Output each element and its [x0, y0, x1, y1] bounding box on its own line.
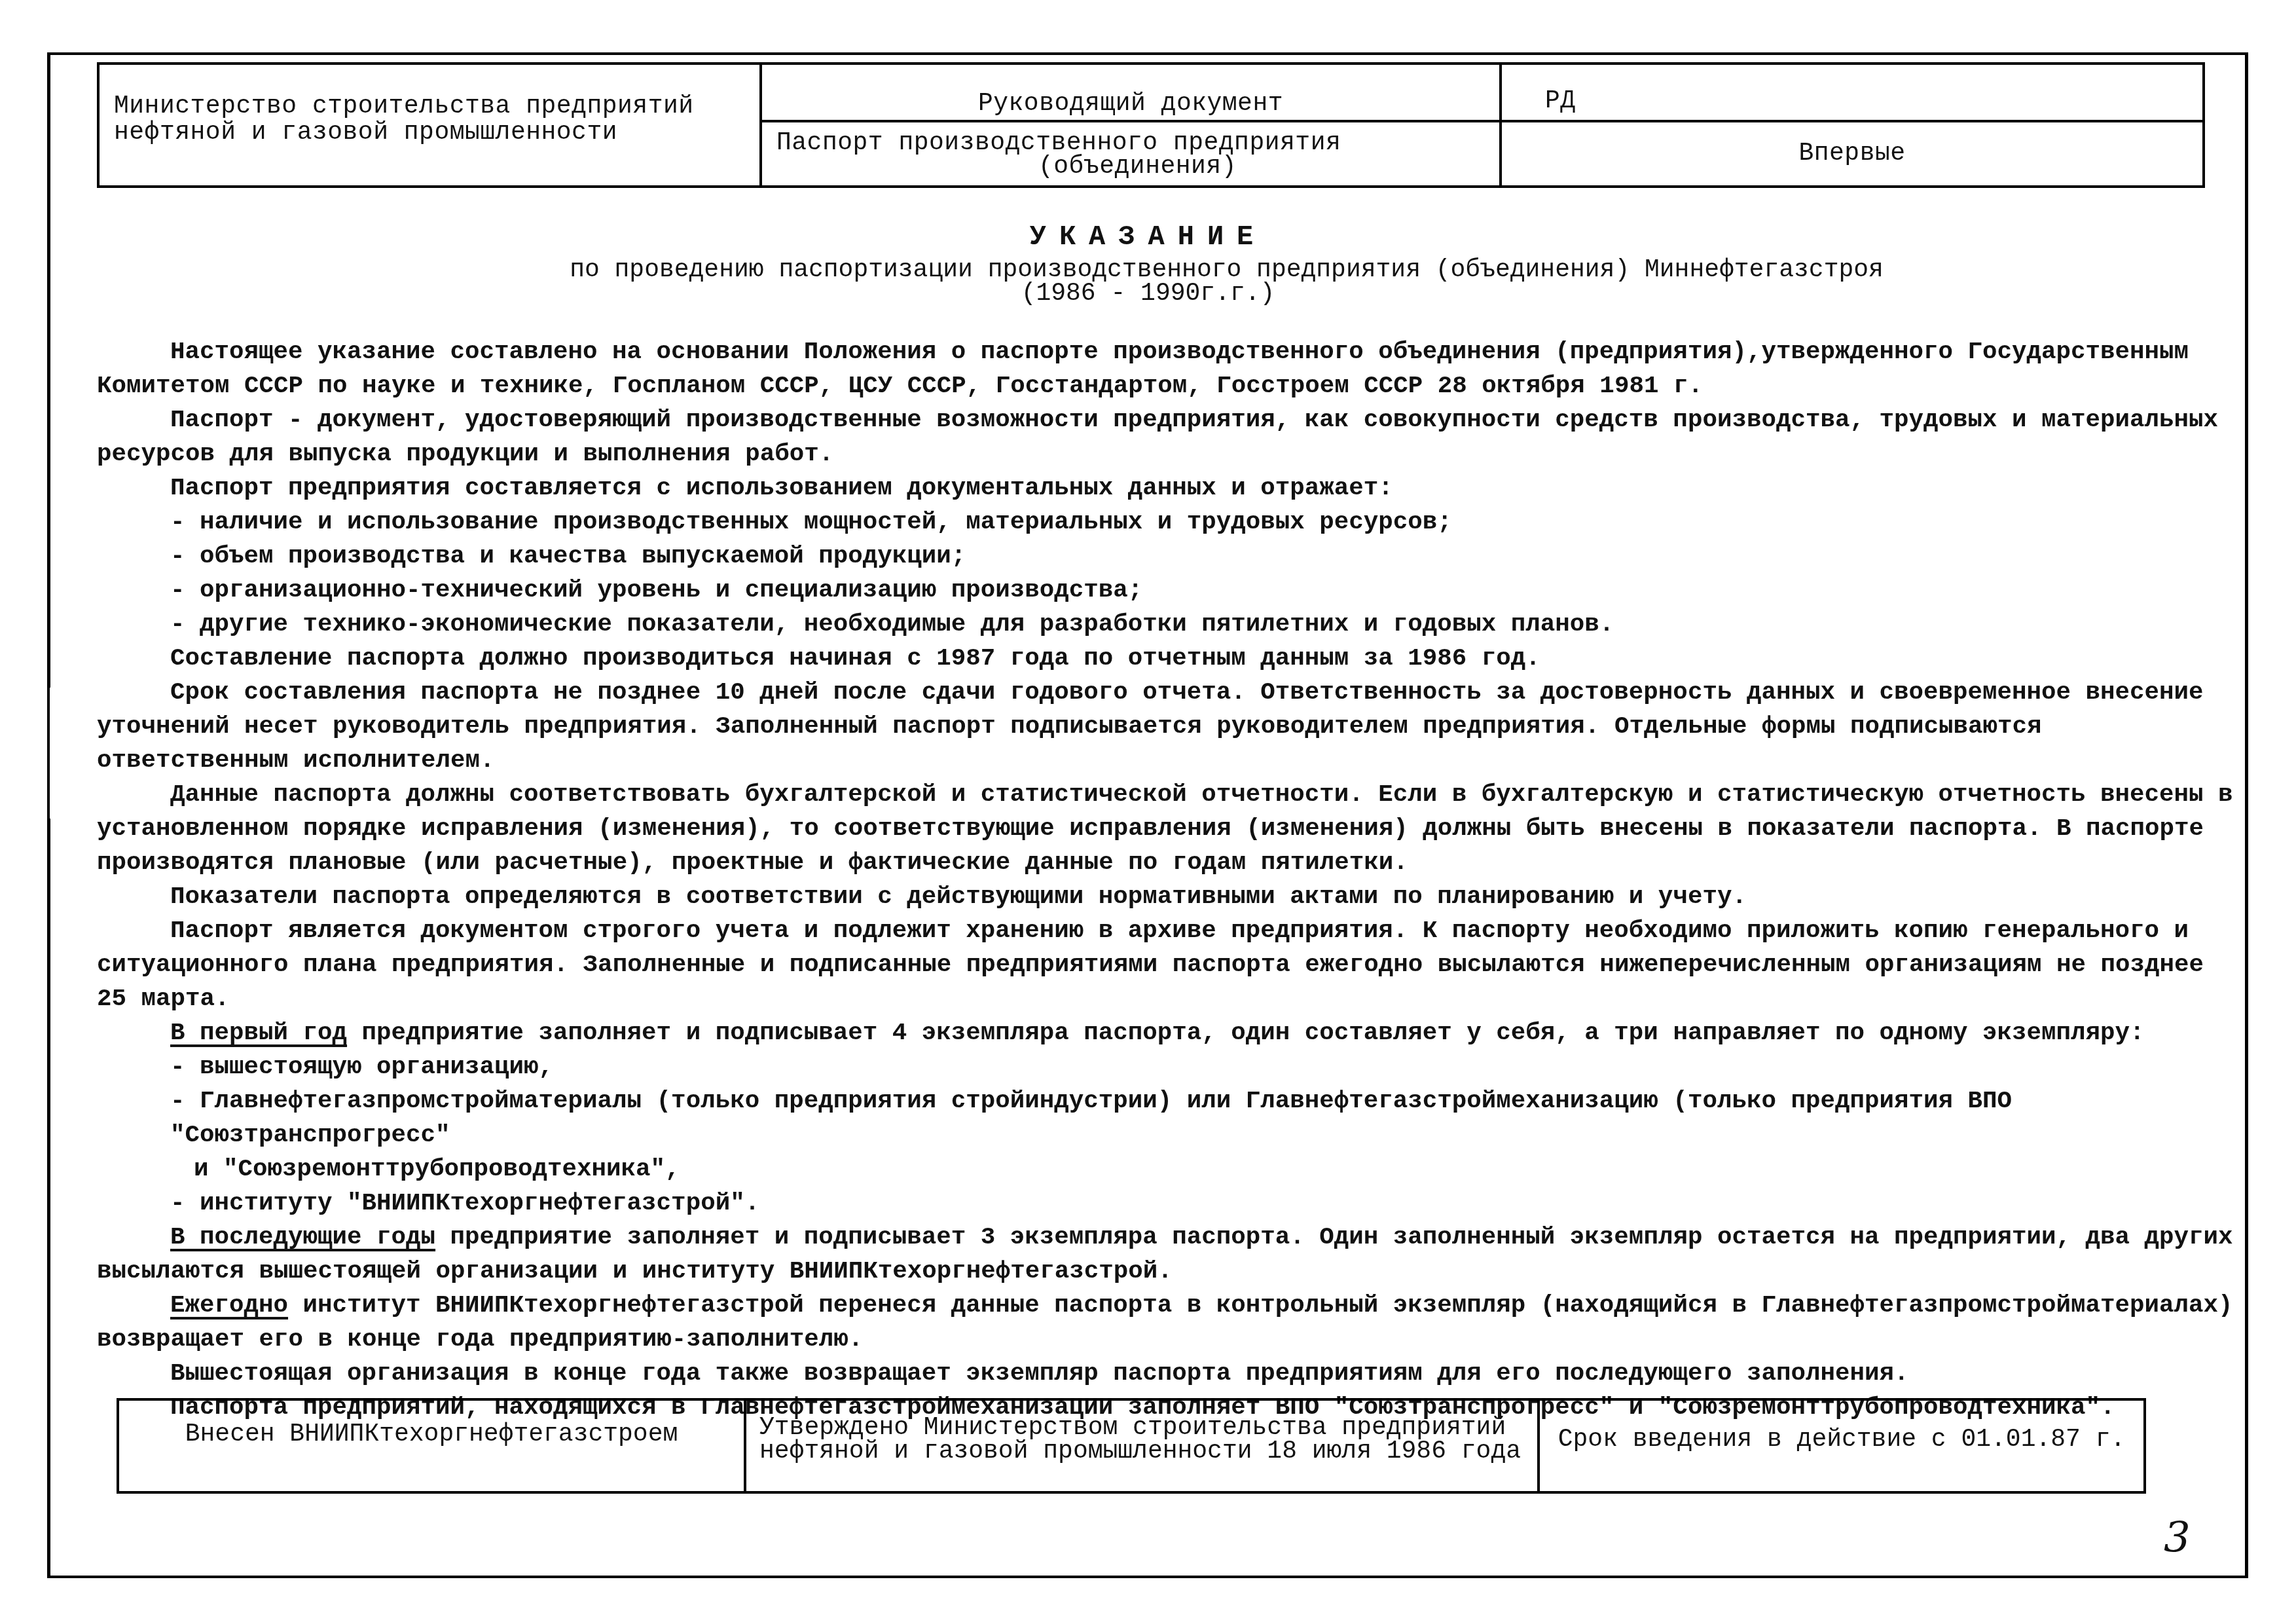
document-title: УКАЗАНИЕ	[0, 221, 2296, 253]
underlined-phrase: В последующие годы	[170, 1224, 435, 1251]
ministry-name: Министерство строительства предприятий н…	[114, 92, 694, 147]
approved-cell: Утверждено Министерством строительства п…	[745, 1399, 1539, 1492]
list-item: - вышестоящую организацию,	[97, 1050, 2238, 1084]
submitted-by-cell: Внесен ВНИИПКтехоргнефтегазстроем	[118, 1399, 745, 1492]
paragraph: Паспорт является документом строгого уче…	[97, 914, 2238, 1016]
footer-stamp: Внесен ВНИИПКтехоргнефтегазстроем Утверж…	[117, 1398, 2146, 1494]
frame-margin-line	[47, 661, 50, 832]
list-item: - Главнефтегазпромстройматериалы (только…	[97, 1084, 2238, 1153]
doc-type: Руководящий документ	[978, 90, 1283, 118]
paragraph: Вышестоящая организация в конце года так…	[97, 1357, 2238, 1391]
paragraph: В первый год предприятие заполняет и под…	[97, 1016, 2238, 1050]
ministry-cell: Министерство строительства предприятий н…	[98, 64, 761, 187]
paragraph: Срок составления паспорта не позднее 10 …	[97, 676, 2238, 778]
paragraph: Настоящее указание составлено на основан…	[97, 335, 2238, 403]
list-item: - институту "ВНИИПКтехоргнефтегазстрой".	[97, 1187, 2238, 1221]
header-stamp: Министерство строительства предприятий н…	[97, 62, 2205, 188]
list-item: - другие технико-экономические показател…	[97, 608, 2238, 642]
paragraph: Паспорт предприятия составляется с испол…	[97, 471, 2238, 506]
page-number: 3	[2164, 1514, 2191, 1562]
paragraph: Паспорт - документ, удостоверяющий произ…	[97, 403, 2238, 471]
doc-title-line2: (объединения)	[1038, 153, 1237, 181]
effective-date-cell: Срок введения в действие с 01.01.87 г.	[1539, 1399, 2145, 1492]
paragraph-text: предприятие заполняет и подписывает 4 эк…	[347, 1020, 2144, 1047]
list-item: - объем производства и качества выпускае…	[97, 540, 2238, 574]
paragraph-text: институт ВНИИПКтехоргнефтегазстрой перен…	[97, 1292, 2233, 1354]
doc-code: РД	[1545, 87, 1576, 115]
approved-line2: нефтяной и газовой промышленности 18 июл…	[759, 1437, 1521, 1466]
doc-code-cell: РД	[1501, 64, 2204, 121]
paragraph: Показатели паспорта определяются в соотв…	[97, 880, 2238, 914]
doc-type-cell: Руководящий документ	[761, 64, 1501, 121]
paragraph: В последующие годы предприятие заполняет…	[97, 1221, 2238, 1289]
underlined-phrase: Ежегодно	[170, 1292, 288, 1319]
paragraph: Ежегодно институт ВНИИПКтехоргнефтегазст…	[97, 1289, 2238, 1357]
paragraph: Составление паспорта должно производитьс…	[97, 642, 2238, 676]
list-item: и "Союзремонттрубопроводтехника",	[97, 1153, 2238, 1187]
edition: Впервые	[1798, 139, 1905, 168]
underlined-phrase: В первый год	[170, 1020, 347, 1047]
submitted-by: Внесен ВНИИПКтехоргнефтегазстроем	[185, 1420, 678, 1449]
list-item: - наличие и использование производственн…	[97, 506, 2238, 540]
document-body: Настоящее указание составлено на основан…	[97, 335, 2238, 1425]
edition-cell: Впервые	[1501, 121, 2204, 187]
paragraph: Данные паспорта должны соответствовать б…	[97, 778, 2238, 880]
effective-date: Срок введения в действие с 01.01.87 г.	[1558, 1426, 2126, 1454]
doc-title-cell: Паспорт производственного предприятия (о…	[761, 121, 1501, 187]
subtitle-line2: (1986 - 1990г.г.)	[1021, 280, 1275, 308]
document-subtitle: по проведению паспортизации производстве…	[0, 259, 2296, 306]
list-item: - организационно-технический уровень и с…	[97, 574, 2238, 608]
